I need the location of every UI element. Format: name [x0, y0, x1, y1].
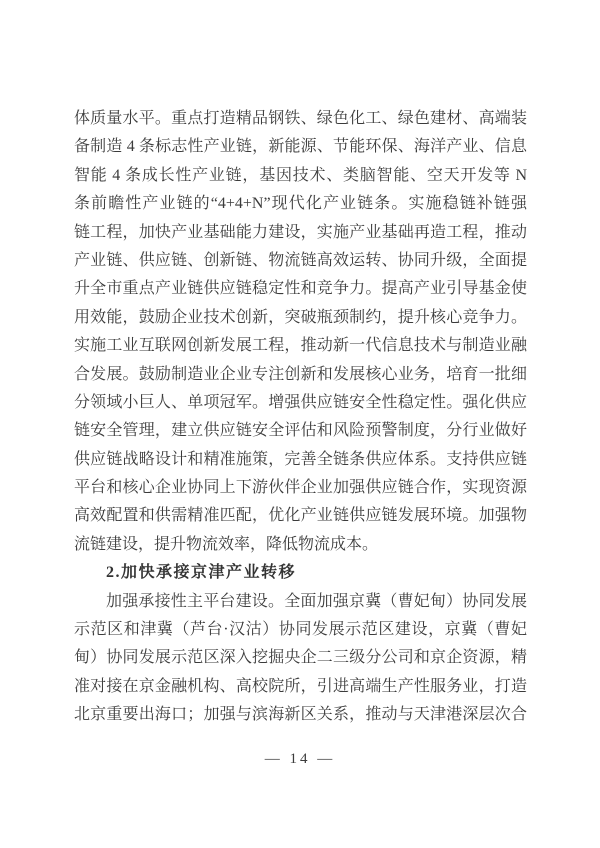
text-line: 准对接在京金融机构、高校院所，引进高端生产性服务业，打造	[74, 673, 527, 701]
text-line: 平台和核心企业协同上下游伙伴企业加强供应链合作，实现资源	[74, 474, 527, 502]
text-line: 供应链战略设计和精准施策，完善全链条供应体系。支持供应链	[74, 446, 527, 474]
text-line: 智能 4 条成长性产业链，基因技术、类脑智能、空天开发等 N	[74, 162, 527, 190]
text-line: 甸）协同发展示范区深入挖掘央企二三级分公司和京企资源，精	[74, 644, 527, 672]
text-line: 高效配置和供需精准匹配，优化产业链供应链发展环境。加强物	[74, 502, 527, 530]
text-line: 升全市重点产业链供应链稳定性和竞争力。提高产业引导基金使	[74, 275, 527, 303]
text-line: 分领域小巨人、单项冠军。增强供应链安全性稳定性。强化供应	[74, 389, 527, 417]
text-content-area: 体质量水平。重点打造精品钢铁、绿色化工、绿色建材、高端装 备制造 4 条标志性产…	[74, 105, 527, 730]
text-line: 产业链、供应链、创新链、物流链高效运转、协同升级，全面提	[74, 247, 527, 275]
text-line: 流链建设，提升物流效率，降低物流成本。	[74, 531, 527, 559]
text-line: 链工程，加快产业基础能力建设，实施产业基础再造工程，推动	[74, 219, 527, 247]
text-line: 北京重要出海口；加强与滨海新区关系，推动与天津港深层次合	[74, 701, 527, 729]
text-line: 示范区和津冀（芦台·汉沽）协同发展示范区建设，京冀（曹妃	[74, 616, 527, 644]
text-line: 实施工业互联网创新发展工程，推动新一代信息技术与制造业融	[74, 332, 527, 360]
text-line: 体质量水平。重点打造精品钢铁、绿色化工、绿色建材、高端装	[74, 105, 527, 133]
document-page: 体质量水平。重点打造精品钢铁、绿色化工、绿色建材、高端装 备制造 4 条标志性产…	[0, 0, 600, 848]
text-line: 加强承接性主平台建设。全面加强京冀（曹妃甸）协同发展	[74, 588, 527, 616]
text-line: 备制造 4 条标志性产业链，新能源、节能环保、海洋产业、信息	[74, 133, 527, 161]
section-heading: 2.加快承接京津产业转移	[74, 559, 527, 587]
text-line: 条前瞻性产业链的“4+4+N”现代化产业链条。实施稳链补链强	[74, 190, 527, 218]
text-line: 合发展。鼓励制造业企业专注创新和发展核心业务，培育一批细	[74, 361, 527, 389]
page-number: — 14 —	[0, 751, 600, 768]
text-line: 用效能，鼓励企业技术创新，突破瓶颈制约，提升核心竞争力。	[74, 304, 527, 332]
text-line: 链安全管理，建立供应链安全评估和风险预警制度，分行业做好	[74, 417, 527, 445]
